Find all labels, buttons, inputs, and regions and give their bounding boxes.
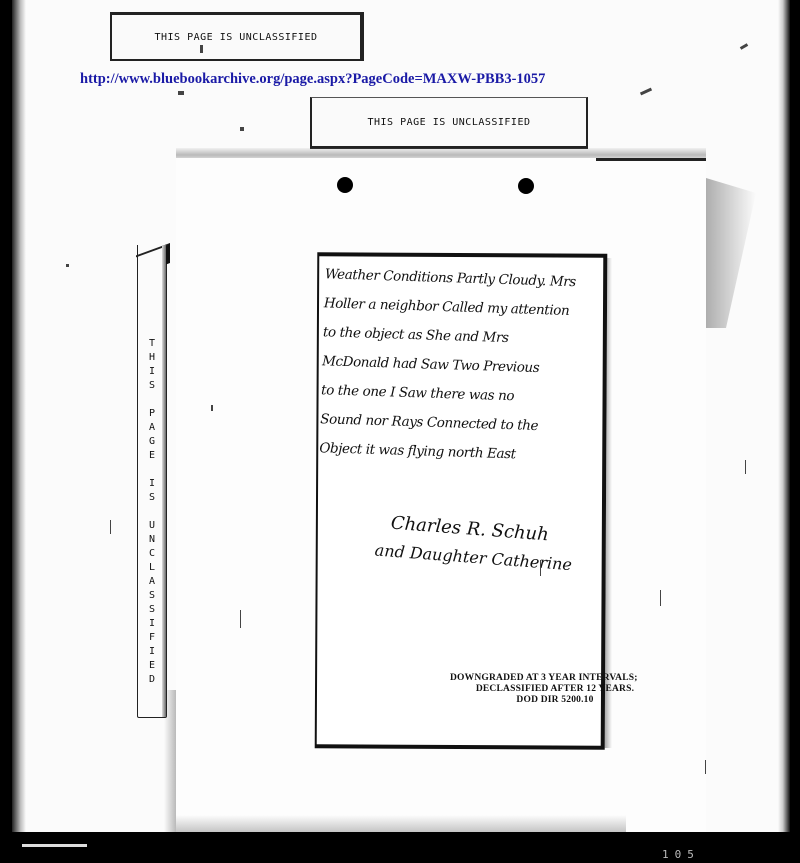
letter-body: Weather Conditions Partly Cloudy. Mrs Ho… (319, 260, 599, 472)
scan-speck (660, 590, 661, 606)
side-stamp-text: T H I S P A G E I S U N C L A S S I F I … (145, 337, 159, 687)
stamp-text: THIS PAGE IS UNCLASSIFIED (367, 117, 530, 128)
stamp-edge (162, 245, 166, 717)
downgrade-line: DOWNGRADED AT 3 YEAR INTERVALS; (450, 673, 660, 684)
scan-speck (178, 91, 184, 95)
scan-speck (200, 45, 203, 53)
film-streak (22, 844, 87, 847)
unclassified-side-stamp: T H I S P A G E I S U N C L A S S I F I … (137, 245, 167, 718)
downgrade-notice: DOWNGRADED AT 3 YEAR INTERVALS; DECLASSI… (450, 673, 660, 706)
punch-hole-icon (337, 177, 353, 193)
stamp-text: THIS PAGE IS UNCLASSIFIED (154, 32, 317, 43)
punch-hole-icon (518, 178, 534, 194)
downgrade-line: DOD DIR 5200.10 (450, 695, 660, 706)
archive-url-link[interactable]: http://www.bluebookarchive.org/page.aspx… (80, 71, 545, 88)
scan-speck (540, 560, 541, 576)
scan-speck (211, 405, 213, 411)
scan-speck (240, 127, 244, 131)
scan-speck (110, 520, 111, 534)
unclassified-stamp-second: THIS PAGE IS UNCLASSIFIED (310, 97, 588, 149)
frame-number: 105 (662, 848, 700, 861)
unclassified-stamp-top: THIS PAGE IS UNCLASSIFIED (110, 12, 364, 61)
scan-speck (240, 610, 241, 628)
scan-speck (705, 760, 706, 774)
sheet-shadow (176, 815, 626, 832)
sheet-edge (596, 158, 706, 161)
downgrade-line: DECLASSIFIED AFTER 12 YEARS. (450, 684, 660, 695)
scan-speck (745, 460, 746, 474)
scan-speck (66, 264, 69, 267)
signature-block: Charles R. Schuh and Daughter Catherine (374, 509, 588, 581)
